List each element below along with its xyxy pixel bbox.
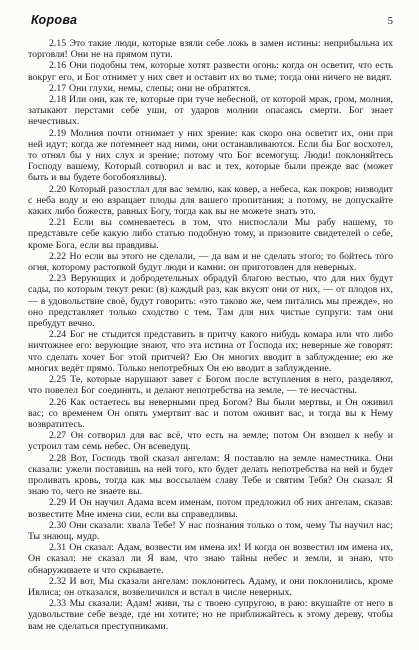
verse-paragraph: 2.22 Но если вы этого не сделали, — да в… xyxy=(28,251,393,273)
verse-number: 2.28 xyxy=(49,453,66,464)
verse-paragraph: 2.31 Он сказал: Адам, возвести им имена … xyxy=(28,542,393,576)
verse-paragraph: 2.16 Они подобны тем, которые хотят разв… xyxy=(28,60,393,82)
verse-paragraph: 2.25 Те, которые нарушают завет с Богом … xyxy=(28,374,393,396)
verse-paragraph: 2.33 Мы сказали: Адам! живи, ты с твоею … xyxy=(28,598,393,632)
verse-number: 2.24 xyxy=(49,329,66,340)
verse-paragraph: 2.20 Который разостлал для вас землю, ка… xyxy=(28,184,393,218)
verse-number: 2.19 xyxy=(49,128,66,139)
verse-number: 2.18 xyxy=(49,94,66,105)
verse-number: 2.15 xyxy=(49,38,66,49)
verse-paragraph: 2.32 И вот, Мы сказали ангелам: поклонит… xyxy=(28,576,393,598)
verse-paragraph: 2.18 Или они, как те, которые при туче н… xyxy=(28,94,393,128)
chapter-title: Корова xyxy=(31,13,77,27)
verse-paragraph: 2.26 Как остаетесь вы неверными пред Бог… xyxy=(28,397,393,431)
verse-number: 2.21 xyxy=(49,217,66,228)
verse-number: 2.27 xyxy=(49,430,66,441)
verse-paragraph: 2.24 Бог не стыдится представить в притч… xyxy=(28,329,393,374)
verse-number: 2.23 xyxy=(49,273,66,284)
verse-number: 2.31 xyxy=(49,542,66,553)
verse-paragraph: 2.17 Они глухи, немы, слепы; они не обра… xyxy=(28,83,393,94)
page-number: 5 xyxy=(388,15,394,27)
verse-paragraph: 2.19 Молния почти отнимает у них зрение:… xyxy=(28,128,393,184)
verse-number: 2.17 xyxy=(49,83,66,94)
verse-number: 2.16 xyxy=(49,60,66,71)
verse-paragraph: 2.28 Вот, Господь твой сказал ангелам: Я… xyxy=(28,453,393,498)
verse-number: 2.33 xyxy=(49,598,66,609)
verse-number: 2.26 xyxy=(49,397,66,408)
verse-number: 2.22 xyxy=(49,251,66,262)
book-page: Корова 5 2.15 Это такие люди, которые вз… xyxy=(0,0,419,650)
verse-paragraph: 2.29 И Он научил Адама всем именам, пото… xyxy=(28,497,393,519)
verse-number: 2.25 xyxy=(49,374,66,385)
verse-number: 2.32 xyxy=(49,576,66,587)
verse-paragraph: 2.30 Они сказали: хвала Тебе! У нас позн… xyxy=(28,520,393,542)
verse-number: 2.30 xyxy=(49,520,66,531)
verse-paragraph: 2.27 Он сотворил для вас всё, что есть н… xyxy=(28,430,393,452)
verse-number: 2.29 xyxy=(49,497,66,508)
verse-number: 2.20 xyxy=(49,184,66,195)
verse-paragraph: 2.15 Это такие люди, которые взяли себе … xyxy=(28,38,393,60)
verse-list: 2.15 Это такие люди, которые взяли себе … xyxy=(28,38,393,632)
verse-paragraph: 2.21 Если вы сомневаетесь в том, что нис… xyxy=(28,217,393,251)
page-header: Корова 5 xyxy=(28,13,393,27)
verse-paragraph: 2.23 Верующих и добродетельных обрадуй б… xyxy=(28,273,393,329)
